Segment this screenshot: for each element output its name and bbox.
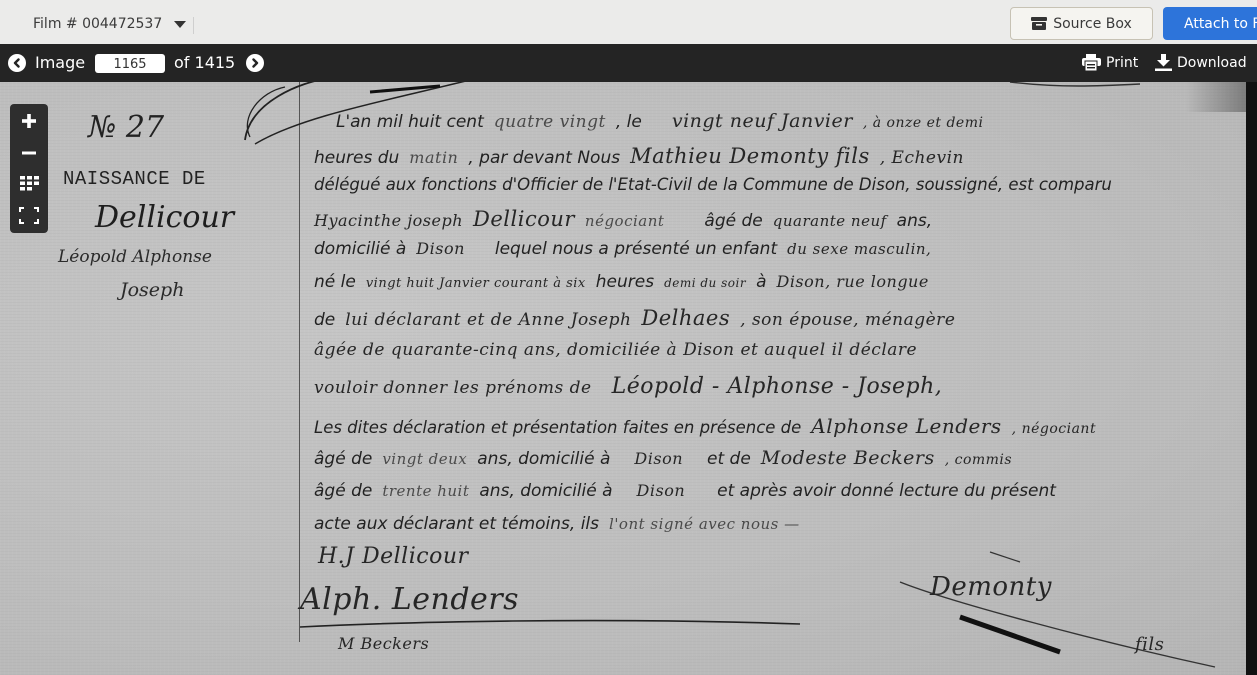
fullscreen-button[interactable] xyxy=(10,200,48,230)
record-line: âgé de trente huit ans, domicilié à Diso… xyxy=(314,481,1056,511)
signature-officer-suffix: fils xyxy=(1135,634,1164,655)
handwritten-text: Dellicour xyxy=(473,207,575,231)
handwritten-text: Dison xyxy=(637,481,686,500)
source-box-label: Source Box xyxy=(1053,16,1132,32)
fullscreen-icon xyxy=(19,207,39,224)
record-line: L'an mil huit cent quatre vingt , le vin… xyxy=(336,110,983,140)
handwritten-text: lui déclarant et de Anne Joseph xyxy=(345,310,631,330)
record-line: de lui déclarant et de Anne Joseph Delha… xyxy=(314,306,955,336)
printed-text: âgé de xyxy=(314,449,372,469)
image-viewer-toolbar: Image of 1415 Print Download xyxy=(0,44,1257,82)
printed-text: , par devant Nous xyxy=(468,148,620,168)
download-label: Download xyxy=(1177,55,1247,71)
handwritten-text: quarante neuf xyxy=(773,212,887,230)
page-edge xyxy=(1246,82,1257,675)
handwritten-text: , Echevin xyxy=(880,148,964,168)
handwritten-text: vingt deux xyxy=(382,450,467,468)
handwritten-text: Dison, rue longue xyxy=(776,272,928,291)
record-line: Hyacinthe joseph Dellicour négociant âgé… xyxy=(314,207,932,237)
printed-text: de xyxy=(314,310,335,330)
signature-declarant: H.J Dellicour xyxy=(318,544,469,569)
record-line: âgé de vingt deux ans, domicilié à Dison… xyxy=(314,447,1012,477)
image-number-input[interactable] xyxy=(95,54,165,73)
handwritten-text: matin xyxy=(409,148,458,167)
printed-text: et de xyxy=(707,449,751,469)
printed-text: âgé de xyxy=(314,481,372,501)
zoom-in-button[interactable] xyxy=(10,106,48,136)
print-label: Print xyxy=(1106,55,1138,71)
record-image-canvas[interactable]: № 27 NAISSANCE DE Dellicour Léopold Alph… xyxy=(0,82,1257,675)
handwritten-text: , son épouse, ménagère xyxy=(740,310,955,330)
record-line: Les dites déclaration et présentation fa… xyxy=(314,414,1096,444)
record-number: № 27 xyxy=(88,110,164,145)
handwritten-text: Delhaes xyxy=(641,306,730,330)
previous-image-button[interactable] xyxy=(8,54,26,72)
minus-icon xyxy=(22,146,36,160)
record-line: âgée de quarante-cinq ans, domiciliée à … xyxy=(314,340,917,370)
printed-text: acte aux déclarant et témoins, ils xyxy=(314,514,599,534)
record-line: né le vingt huit Janvier courant à six h… xyxy=(314,272,929,302)
handwritten-text: vingt neuf Janvier xyxy=(672,110,853,132)
printed-text: délégué aux fonctions d'Officier de l'Et… xyxy=(314,175,1112,194)
attach-to-tree-button[interactable]: Attach to Family Tree xyxy=(1163,7,1257,40)
printed-text: ans, xyxy=(897,211,932,231)
attach-label: Attach to Family Tree xyxy=(1184,16,1257,32)
printed-text: heures xyxy=(596,272,654,292)
download-icon xyxy=(1155,54,1172,71)
printed-text: L'an mil huit cent xyxy=(336,112,484,132)
handwritten-text: du sexe masculin, xyxy=(787,240,931,258)
chevron-left-icon xyxy=(12,58,22,68)
signature-officer: Demonty xyxy=(930,572,1052,602)
handwritten-text: Mathieu Demonty fils xyxy=(630,144,870,168)
plus-icon xyxy=(22,114,36,128)
handwritten-text: Alphonse Lenders xyxy=(811,414,1001,438)
printer-icon xyxy=(1082,54,1101,71)
printed-text: , le xyxy=(616,112,642,132)
handwritten-text: négociant xyxy=(585,212,665,230)
margin-surname: Dellicour xyxy=(95,200,234,235)
handwritten-text: quatre vingt xyxy=(494,112,606,132)
printed-text: et après avoir donné lecture du présent xyxy=(717,481,1056,501)
top-bar: Film # 004472537 Source Box Attach to Fa… xyxy=(0,0,1257,44)
grid-icon xyxy=(20,176,39,191)
handwritten-text: Hyacinthe joseph xyxy=(314,211,463,230)
source-box-button[interactable]: Source Box xyxy=(1010,7,1153,40)
chevron-down-icon[interactable] xyxy=(174,21,186,28)
printed-text: à xyxy=(756,272,766,292)
handwritten-text: Modeste Beckers xyxy=(761,447,935,469)
zoom-controls xyxy=(10,104,48,233)
margin-rule xyxy=(299,82,300,642)
signature-witness-2: M Beckers xyxy=(338,634,429,653)
record-line: heures du matin , par devant Nous Mathie… xyxy=(314,144,964,174)
handwritten-text: l'ont signé avec nous — xyxy=(609,515,800,533)
grid-view-button[interactable] xyxy=(10,168,48,198)
printed-text: âgé de xyxy=(704,211,762,231)
page-shadow xyxy=(1186,82,1246,112)
record-line: domicilié à Dison lequel nous a présenté… xyxy=(314,239,931,269)
margin-given-names: Léopold Alphonse xyxy=(58,247,212,267)
printed-text: ans, domicilié à xyxy=(479,481,612,501)
printed-text: domicilié à xyxy=(314,239,406,259)
printed-text: heures du xyxy=(314,148,399,168)
handwritten-text: vouloir donner les prénoms de xyxy=(314,378,592,398)
printed-text: Les dites déclaration et présentation fa… xyxy=(314,418,801,437)
record-line: délégué aux fonctions d'Officier de l'Et… xyxy=(314,175,1112,205)
divider xyxy=(193,17,194,34)
print-button[interactable]: Print xyxy=(1082,54,1138,71)
handwritten-text: Dison xyxy=(634,449,683,468)
record-line: vouloir donner les prénoms de Léopold - … xyxy=(314,374,942,404)
handwritten-text: , à onze et demi xyxy=(863,115,984,131)
margin-given-names-2: Joseph xyxy=(120,279,184,301)
printed-text: ans, domicilié à xyxy=(477,449,610,469)
next-image-button[interactable] xyxy=(246,54,264,72)
handwritten-text: Dison xyxy=(416,239,465,258)
record-line: acte aux déclarant et témoins, ils l'ont… xyxy=(314,514,800,544)
chevron-right-icon xyxy=(250,58,260,68)
film-selector[interactable]: Film # 004472537 xyxy=(33,16,186,32)
handwritten-text: vingt huit Janvier courant à six xyxy=(366,276,586,291)
download-button[interactable]: Download xyxy=(1155,54,1247,71)
handwritten-text: demi du soir xyxy=(664,276,746,290)
handwritten-text: âgée de quarante-cinq ans, domiciliée à … xyxy=(314,340,917,360)
handwritten-text: , commis xyxy=(945,452,1012,468)
handwritten-text: Léopold - Alphonse - Joseph, xyxy=(612,374,943,399)
printed-text: lequel nous a présenté un enfant xyxy=(495,239,777,259)
archive-box-icon xyxy=(1031,17,1047,30)
film-number-label: Film # 004472537 xyxy=(33,16,162,32)
printed-text: né le xyxy=(314,272,356,292)
signature-witness-1: Alph. Lenders xyxy=(300,582,519,617)
image-total-label: of 1415 xyxy=(174,53,235,72)
zoom-out-button[interactable] xyxy=(10,138,48,168)
handwritten-text: , négociant xyxy=(1012,421,1096,437)
handwritten-text: trente huit xyxy=(382,482,469,500)
image-label: Image xyxy=(35,53,85,72)
margin-heading: NAISSANCE DE xyxy=(63,168,206,190)
